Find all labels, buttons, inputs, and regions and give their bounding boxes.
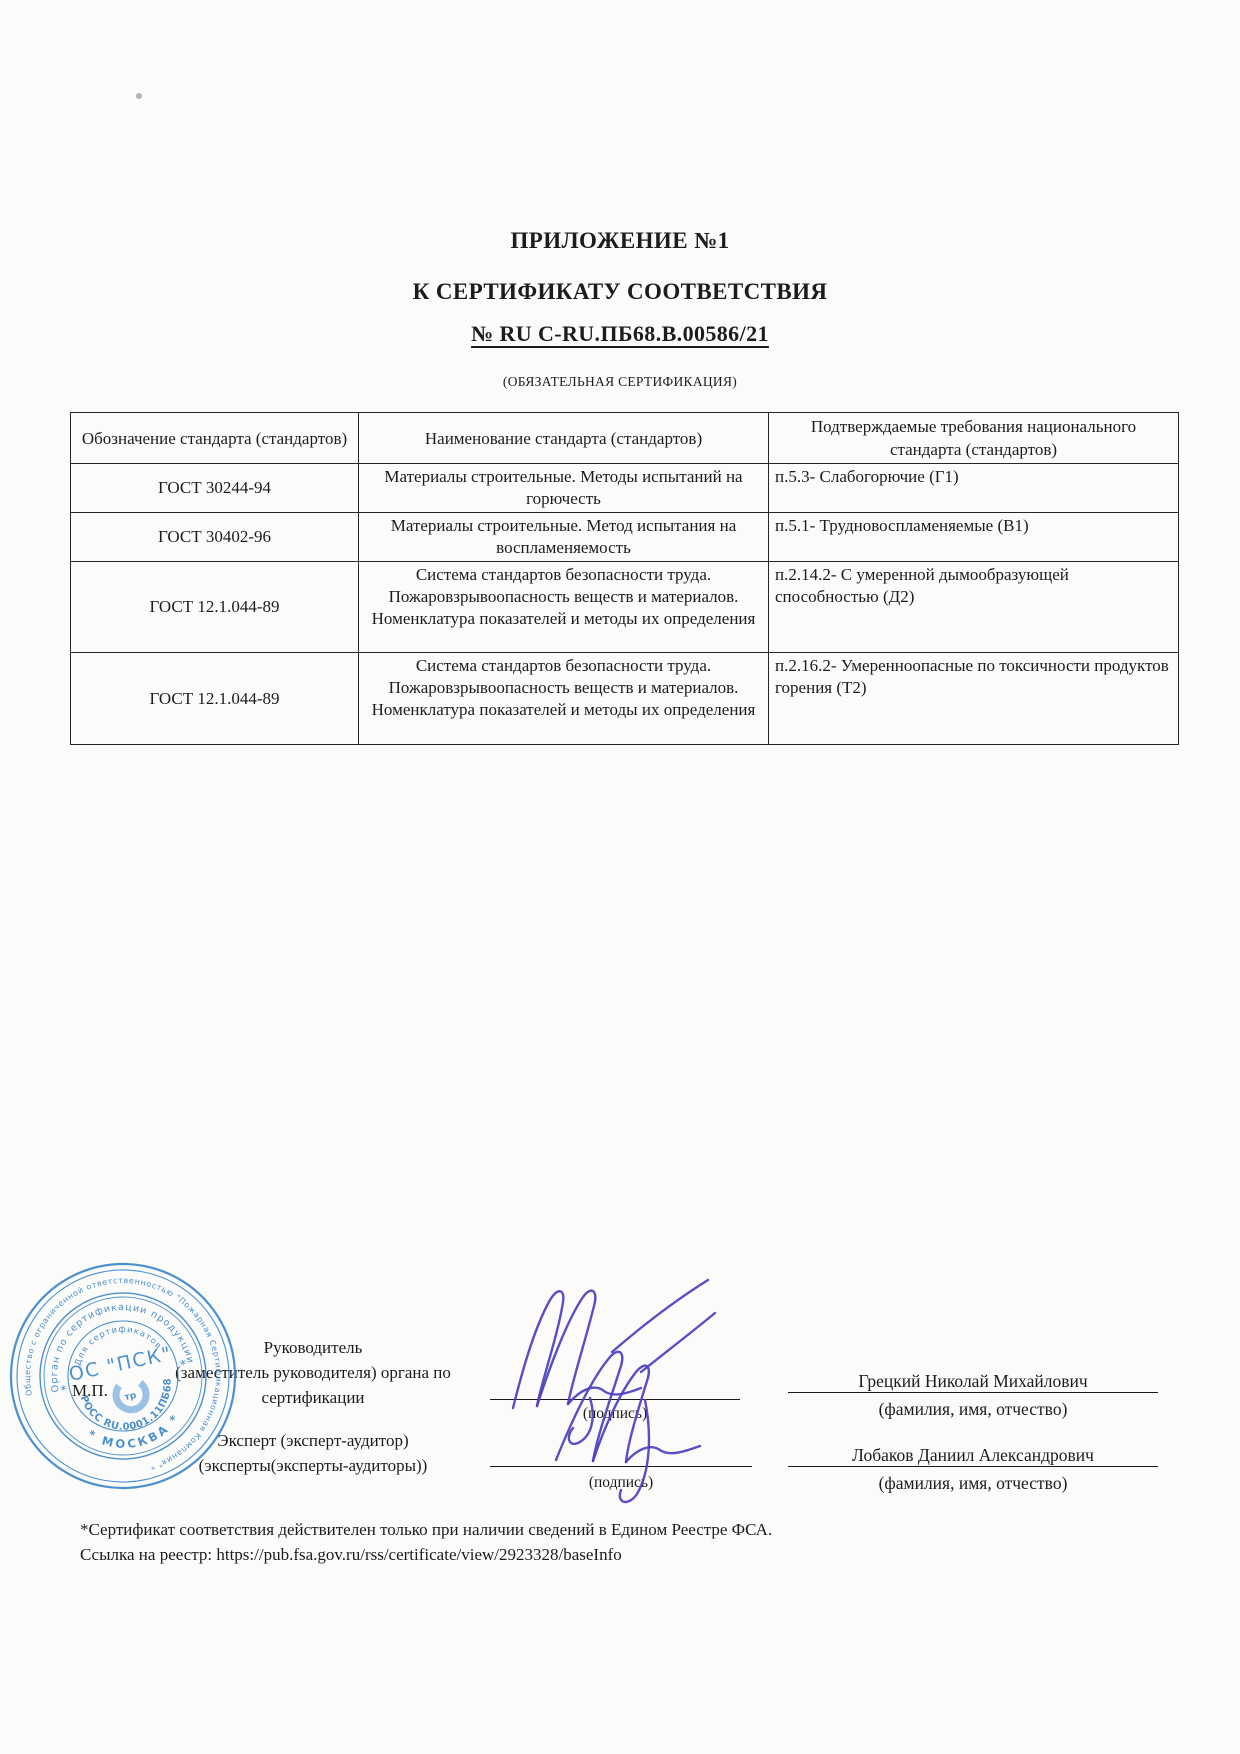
- standards-table: Обозначение стандарта (стандартов) Наиме…: [70, 412, 1179, 745]
- name-1: Грецкий Николай Михайлович: [788, 1371, 1158, 1392]
- name-2: Лобаков Даниил Александрович: [788, 1445, 1158, 1466]
- signature-line-1: [490, 1399, 740, 1400]
- table-row: ГОСТ 12.1.044-89 Система стандартов безо…: [71, 653, 1179, 745]
- cell-requirement: п.5.3- Слабогорючие (Г1): [769, 464, 1179, 513]
- page-title: ПРИЛОЖЕНИЕ №1: [0, 228, 1240, 254]
- signature-caption-2: (подпись): [490, 1474, 752, 1492]
- cell-standard: ГОСТ 12.1.044-89: [71, 653, 359, 745]
- cell-standard-name: Система стандартов безопасности труда. П…: [359, 653, 769, 745]
- signature-line-2: [490, 1466, 752, 1467]
- name-caption-2: (фамилия, имя, отчество): [788, 1473, 1158, 1494]
- cell-standard: ГОСТ 12.1.044-89: [71, 562, 359, 653]
- table-row: ГОСТ 30244-94 Материалы строительные. Ме…: [71, 464, 1179, 513]
- header-confirmed-requirements: Подтверждаемые требования национального …: [769, 413, 1179, 464]
- cell-standard-name: Материалы строительные. Метод испытания …: [359, 513, 769, 562]
- certification-body-stamp: Общество с ограниченной ответственностью…: [3, 1256, 243, 1496]
- name-line-1: [788, 1392, 1158, 1393]
- footer-registry-link: Ссылка на реестр: https://pub.fsa.gov.ru…: [80, 1543, 622, 1567]
- signature-caption-1: (подпись): [490, 1405, 740, 1423]
- footer-validity-note: *Сертификат соответствия действителен то…: [80, 1518, 772, 1542]
- scanned-certificate-appendix-page: ПРИЛОЖЕНИЕ №1 К СЕРТИФИКАТУ СООТВЕТСТВИЯ…: [0, 0, 1240, 1754]
- cell-standard-name: Система стандартов безопасности труда. П…: [359, 562, 769, 653]
- scan-speck: [136, 93, 142, 99]
- cell-requirement: п.2.16.2- Умеренноопасные по токсичности…: [769, 653, 1179, 745]
- cell-standard: ГОСТ 30244-94: [71, 464, 359, 513]
- header-standard-name: Наименование стандарта (стандартов): [359, 413, 769, 464]
- certification-type-label: (ОБЯЗАТЕЛЬНАЯ СЕРТИФИКАЦИЯ): [0, 374, 1240, 390]
- table-row: ГОСТ 30402-96 Материалы строительные. Ме…: [71, 513, 1179, 562]
- name-caption-1: (фамилия, имя, отчество): [788, 1399, 1158, 1420]
- cell-standard: ГОСТ 30402-96: [71, 513, 359, 562]
- stamp-star-left: *: [59, 1383, 69, 1399]
- certificate-number: № RU C-RU.ПБ68.В.00586/21: [0, 321, 1240, 347]
- table-row: ГОСТ 12.1.044-89 Система стандартов безо…: [71, 562, 1179, 653]
- cell-standard-name: Материалы строительные. Методы испытаний…: [359, 464, 769, 513]
- page-subtitle-certificate: К СЕРТИФИКАТУ СООТВЕТСТВИЯ: [0, 279, 1240, 305]
- cell-requirement: п.2.14.2- С умеренной дымообразующей спо…: [769, 562, 1179, 653]
- header-standard-designation: Обозначение стандарта (стандартов): [71, 413, 359, 464]
- name-line-2: [788, 1466, 1158, 1467]
- stamp-logo-letters: тр: [124, 1391, 138, 1403]
- cell-requirement: п.5.1- Трудновоспламеняемые (В1): [769, 513, 1179, 562]
- table-header-row: Обозначение стандарта (стандартов) Наиме…: [71, 413, 1179, 464]
